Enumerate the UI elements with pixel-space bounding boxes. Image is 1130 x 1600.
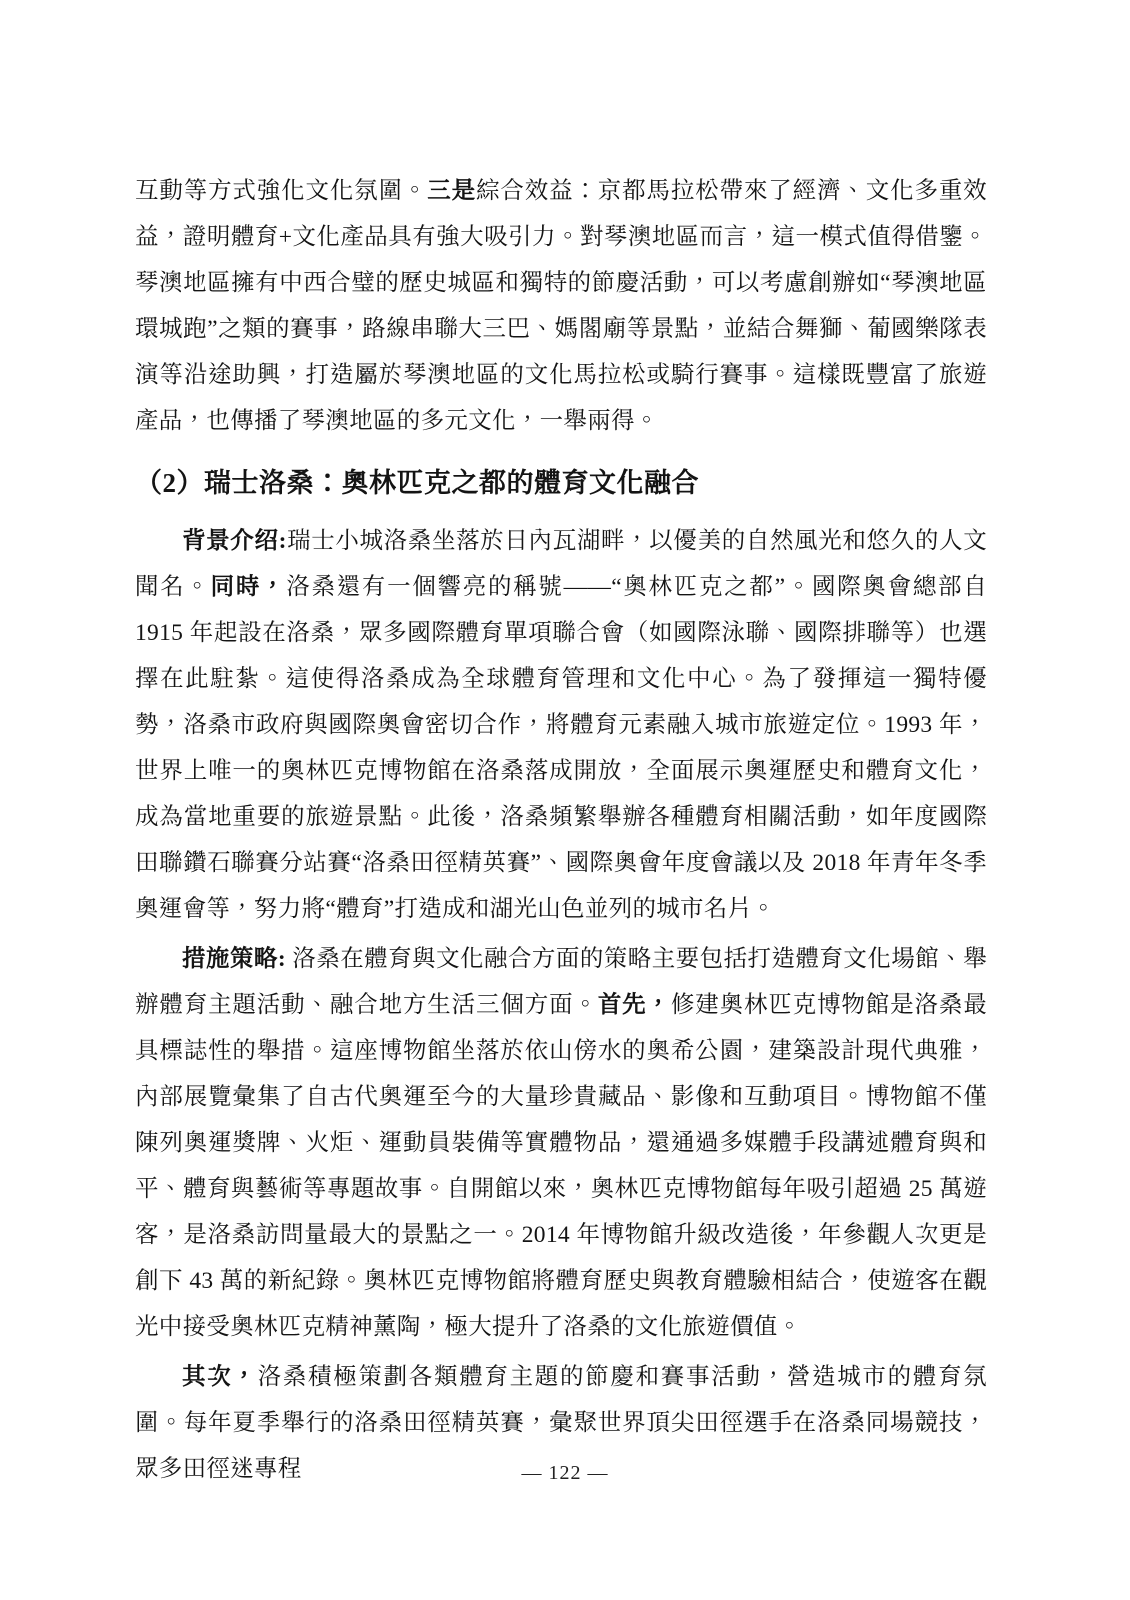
text-block: 互動等方式強化文化氛圍。三是綜合效益：京都馬拉松帶來了經濟、文化多重效益，證明體… (135, 168, 987, 1496)
paragraph-text: 修建奧林匹克博物館是洛桑最具標誌性的舉措。這座博物館坐落於依山傍水的奧希公園，建… (135, 992, 987, 1340)
document-page: 互動等方式強化文化氛圍。三是綜合效益：京都馬拉松帶來了經濟、文化多重效益，證明體… (0, 0, 1130, 1600)
measures-paragraph: 措施策略: 洛桑在體育與文化融合方面的策略主要包括打造體育文化場館、舉辦體育主題… (135, 936, 987, 1350)
bold-label-measures: 措施策略: (182, 946, 286, 972)
paragraph-text: 綜合效益：京都馬拉松帶來了經濟、文化多重效益，證明體育+文化產品具有強大吸引力。… (135, 178, 987, 434)
bold-run-tongshi: 同時， (211, 574, 287, 600)
bold-label-background: 背景介绍: (182, 528, 287, 554)
bold-run-qici: 其次， (182, 1364, 258, 1390)
page-number-footer: — 122 — (0, 1462, 1130, 1485)
paragraph-text: 互動等方式強化文化氛圍。 (135, 178, 427, 204)
background-paragraph: 背景介绍:瑞士小城洛桑坐落於日內瓦湖畔，以優美的自然風光和悠久的人文聞名。同時，… (135, 518, 987, 932)
paragraph-text: 洛桑還有一個響亮的稱號——“奧林匹克之都”。國際奧會總部自 1915 年起設在洛… (135, 574, 987, 922)
bold-run-shouxian: 首先， (598, 992, 671, 1018)
bold-run-sanshi: 三是 (427, 178, 476, 204)
continuation-paragraph: 互動等方式強化文化氛圍。三是綜合效益：京都馬拉松帶來了經濟、文化多重效益，證明體… (135, 168, 987, 444)
section-heading: （2）瑞士洛桑：奧林匹克之都的體育文化融合 (135, 458, 987, 508)
